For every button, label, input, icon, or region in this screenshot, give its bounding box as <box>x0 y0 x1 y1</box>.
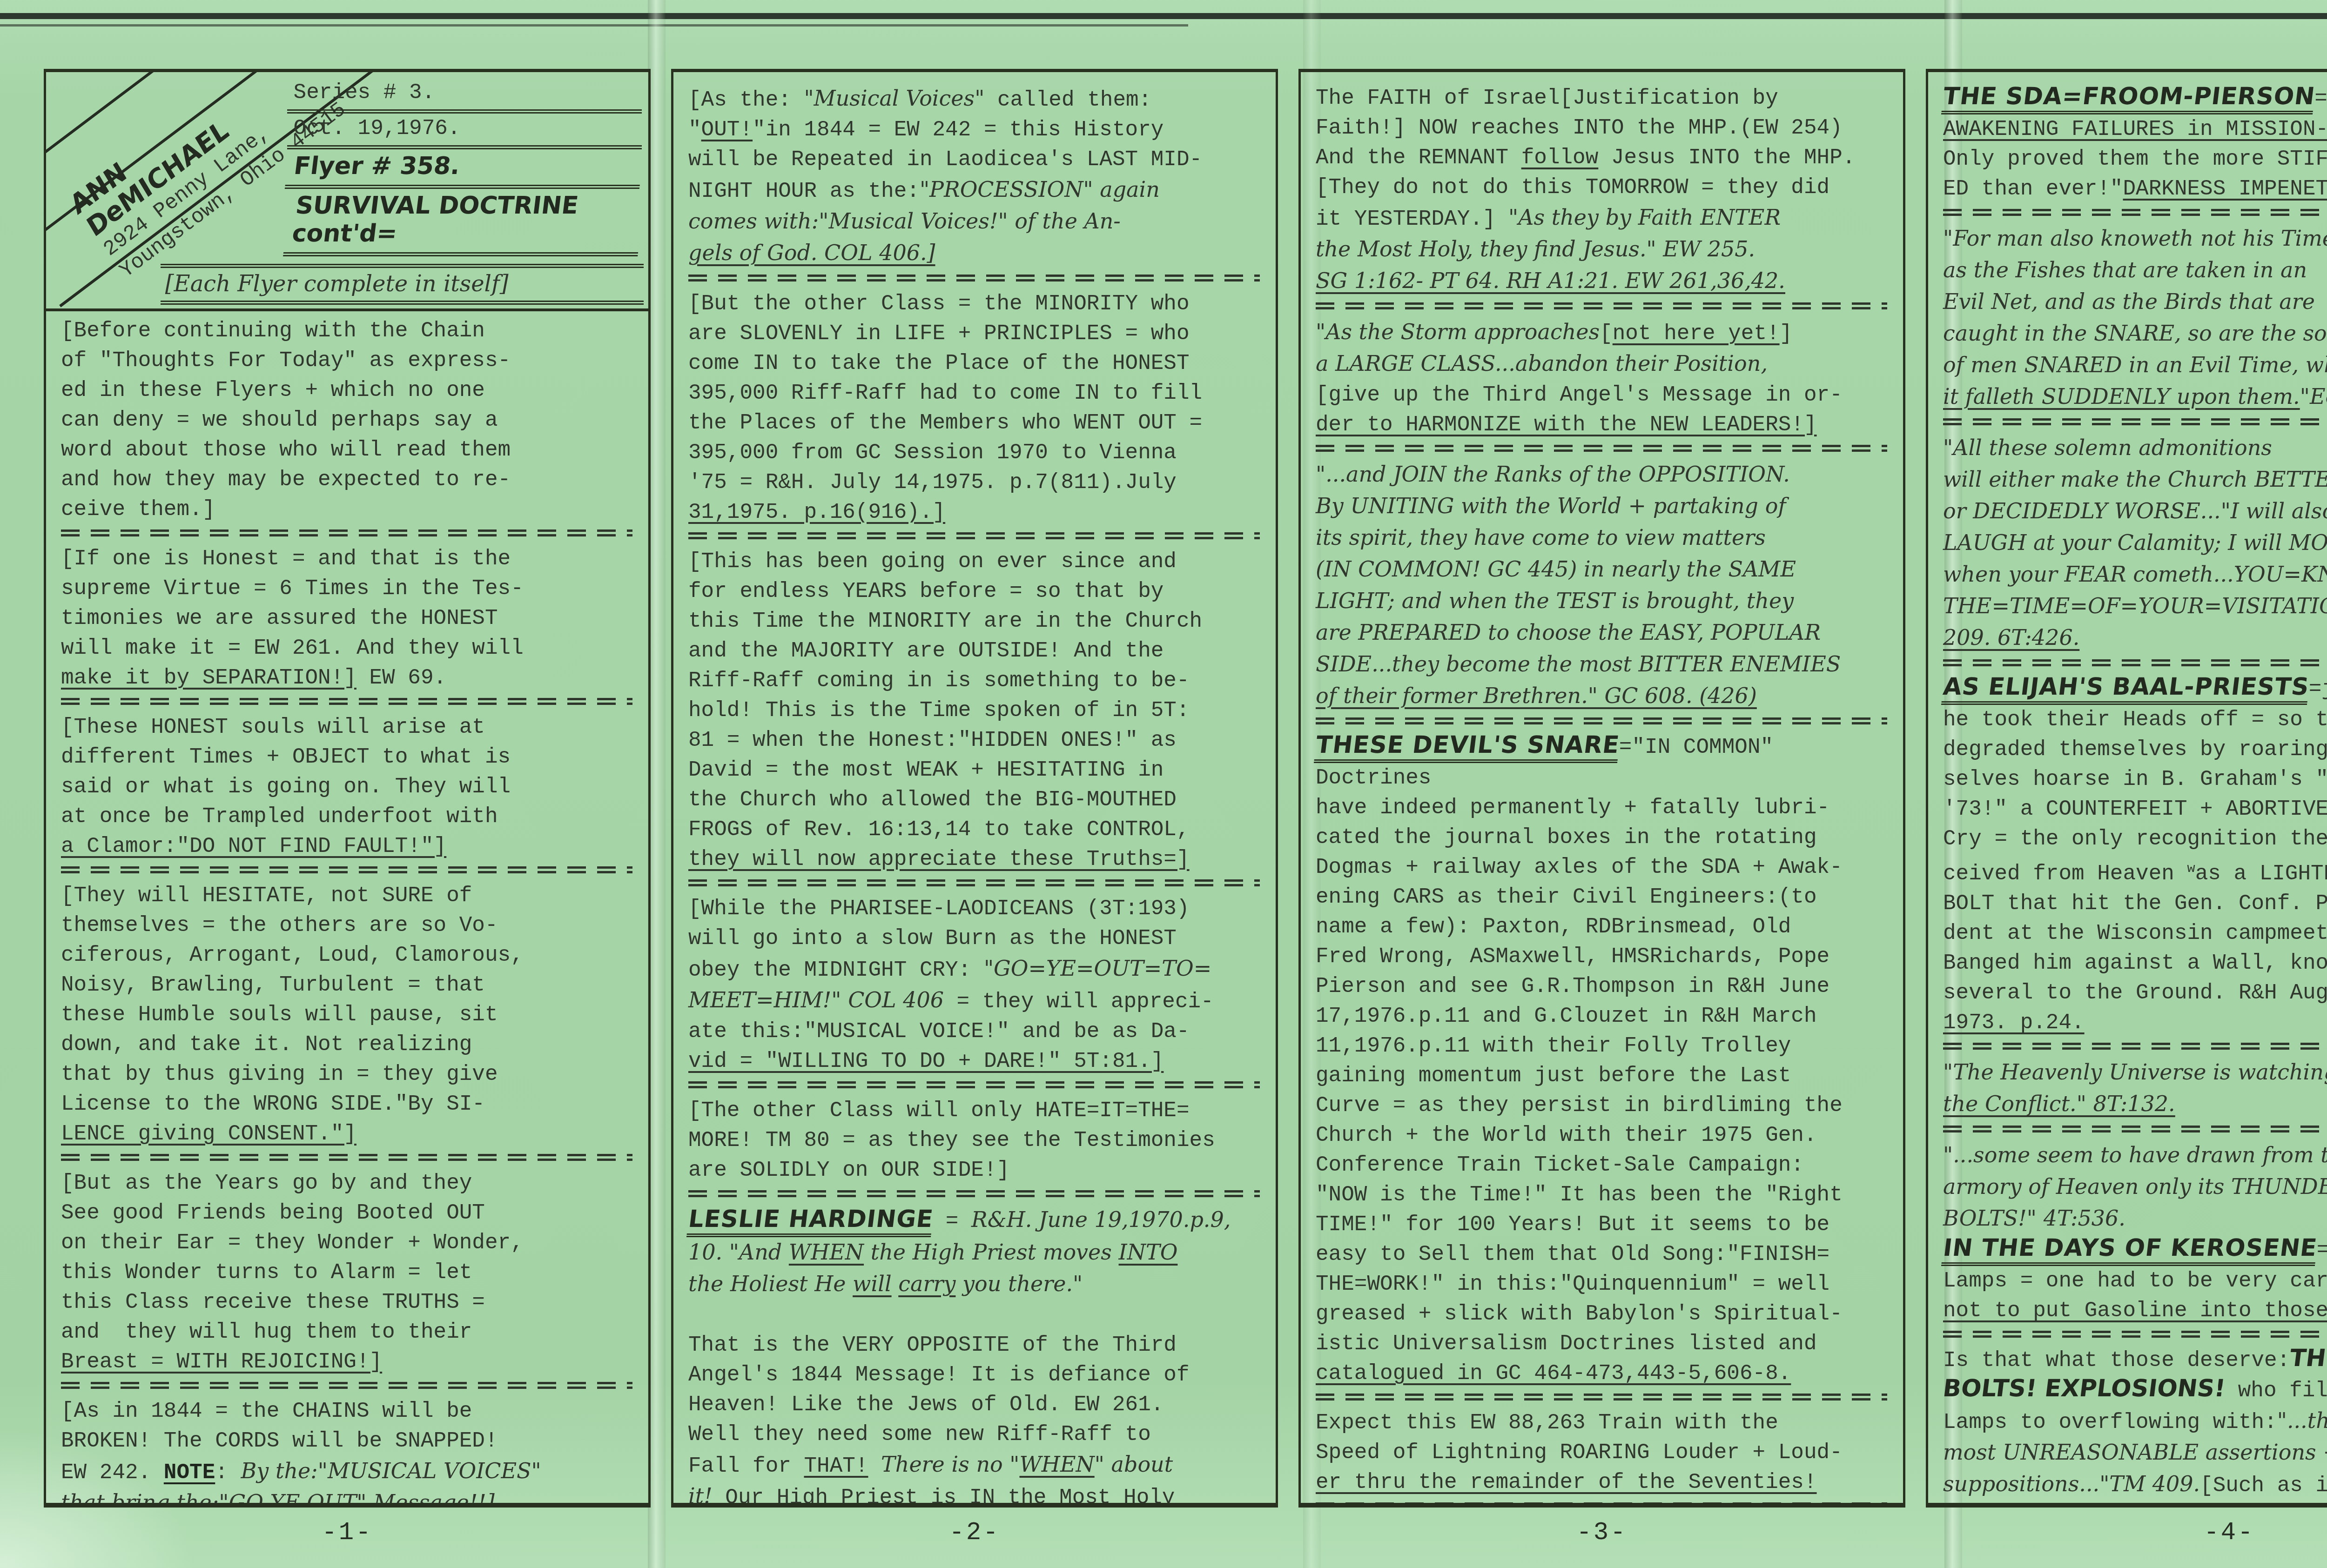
series-number: Series # 3. <box>287 78 642 114</box>
text-segment: er thru the remainder of the Seventies! <box>1316 1470 1817 1494</box>
text-segment: follow <box>1521 146 1599 170</box>
section-separator <box>1943 1124 2327 1134</box>
section-separator <box>688 1189 1263 1199</box>
paragraph: [They will HESITATE, not SURE of themsel… <box>61 881 635 1149</box>
text-segment: [But as the Years go by and they See goo… <box>61 1171 524 1344</box>
section-heading: IN THE DAYS OF KEROSENE <box>1941 1235 2319 1266</box>
paragraph: "...and JOIN the Ranks of the OPPOSITION… <box>1316 459 1890 712</box>
page-4-body: THE SDA=FROOM-PIERSON=+ BRINSMEAD= AWAKE… <box>1943 83 2327 1508</box>
text-segment: Our High Priest is <box>713 1486 969 1508</box>
text-segment: "Ecc. 9:12. <box>2300 384 2327 409</box>
page-number: -4- <box>2204 1519 2254 1547</box>
paragraph: [As in 1844 = the CHAINS will be BROKEN!… <box>61 1396 635 1508</box>
page-1-box: ANN DeMICHAEL 2924 Penny Lane, Youngstow… <box>44 69 651 1508</box>
section-separator <box>1943 1329 2327 1340</box>
scan-edge-line <box>0 13 2327 19</box>
text-segment: Expect this EW 88,263 Train with the Spe… <box>1316 1411 1843 1465</box>
paragraph-gap <box>688 1300 1263 1330</box>
paragraph: [The other Class will only HATE=IT=THE= … <box>688 1096 1263 1185</box>
section-separator <box>688 878 1263 888</box>
text-segment: " Message!!] <box>356 1490 494 1508</box>
issue-date: Oct. 19,1976. <box>287 114 642 149</box>
section-separator <box>1316 301 1890 311</box>
text-segment: you there." <box>955 1271 1083 1296</box>
text-segment: Breast = WITH REJOICING!] <box>61 1350 382 1374</box>
paragraph: "The Heavenly Universe is watching the C… <box>1943 1057 2327 1120</box>
page-number: -3- <box>1576 1519 1627 1547</box>
text-segment: the Holiest He <box>688 1271 853 1296</box>
text-segment: vid = "WILLING TO DO + DARE!" 5T:81.] <box>688 1049 1163 1073</box>
paragraph: That is the VERY OPPOSITE of the Third A… <box>688 1330 1263 1508</box>
paragraph: [Before continuing with the Chain of "Th… <box>61 316 635 524</box>
page-number: -1- <box>322 1519 372 1547</box>
column-page-4: THE SDA=FROOM-PIERSON=+ BRINSMEAD= AWAKE… <box>1926 69 2327 1547</box>
section-separator <box>1316 1392 1890 1402</box>
text-segment: : <box>215 1461 241 1485</box>
text-segment: "...and JOIN the Ranks of the OPPOSITION… <box>1316 462 1841 677</box>
text-segment <box>868 1454 881 1478</box>
masthead: ANN DeMICHAEL 2924 Penny Lane, Youngstow… <box>46 72 648 311</box>
section-separator <box>1943 208 2327 218</box>
section-separator <box>61 528 635 538</box>
text-segment: AWAKENING FAILURES in MISSION-KEY'73 <box>1943 117 2327 141</box>
text-segment: "The Heavenly Universe is watching <box>1943 1059 2327 1085</box>
text-segment: =just before he took their Heads off = s… <box>1943 677 2327 886</box>
paragraph: Expect this EW 88,263 Train with the Spe… <box>1316 1408 1890 1497</box>
paragraph: "As the Storm approaches[not here yet!] … <box>1316 317 1890 440</box>
text-segment: = <box>933 1209 971 1233</box>
paragraph: IN THE DAYS OF KEROSENE=[Coal-Oil] Lamps… <box>1943 1235 2327 1326</box>
text-segment: not to put Gasoline into those Lamps <box>1943 1299 2327 1323</box>
text-segment: "As the Storm approaches <box>1316 319 1600 344</box>
text-segment: make it by SEPARATION!] <box>61 666 356 690</box>
text-segment: 209. 6T:426. <box>1943 625 2079 650</box>
paragraph: [While the PHARISEE-LAODICEANS (3T:193) … <box>688 894 1263 1076</box>
text-segment: will <box>853 1271 892 1296</box>
section-separator <box>688 273 1263 283</box>
text-segment: 1973. p.24. <box>1943 1011 2085 1035</box>
section-heading: LESLIE HARDINGE <box>686 1206 935 1237</box>
column-page-1: ANN DeMICHAEL 2924 Penny Lane, Youngstow… <box>44 69 651 1547</box>
text-segment: [give up the Third Angel's Message in or… <box>1316 383 1843 407</box>
section-separator <box>1316 1501 1890 1508</box>
page-4-box: THE SDA=FROOM-PIERSON=+ BRINSMEAD= AWAKE… <box>1926 69 2327 1508</box>
text-segment: carry <box>898 1271 955 1296</box>
text-segment: There is no " <box>881 1452 1019 1477</box>
text-segment: EW 69. <box>356 666 446 690</box>
section-separator <box>61 697 635 707</box>
section-separator <box>61 865 635 875</box>
text-segment: INTO <box>1119 1240 1178 1265</box>
text-segment: 31,1975. p.16(916).] <box>688 500 945 524</box>
section-separator <box>1316 443 1890 454</box>
paragraph: [If one is Honest = and that is the supr… <box>61 544 635 693</box>
text-segment: it falleth SUDDENLY upon them. <box>1943 384 2300 409</box>
section-separator <box>1943 1041 2327 1052</box>
text-segment: ] <box>1780 322 1793 346</box>
paragraph: "For man also knoweth not his Time: as t… <box>1943 223 2327 413</box>
column-page-3: The FAITH of Israel[Justification by Fai… <box>1298 69 1905 1547</box>
text-segment: the Conflict." 8T:132. <box>1943 1091 2175 1116</box>
section-separator <box>61 1153 635 1163</box>
text-segment: they will now appreciate these Truths=] <box>688 847 1190 871</box>
text-segment: WHEN <box>1020 1452 1095 1477</box>
text-segment: [As the: <box>688 88 804 112</box>
page-1-body: ANN DeMICHAEL 2924 Penny Lane, Youngstow… <box>61 72 635 1508</box>
text-segment: [The other Class will only HATE=IT=THE= … <box>688 1099 1215 1182</box>
section-separator <box>1943 658 2327 668</box>
flyer-title: SURVIVAL DOCTRINE cont'd= <box>283 189 646 256</box>
paragraph: [This has been going on ever since and f… <box>688 547 1263 874</box>
text-segment: [These HONEST souls will arise at differ… <box>61 715 511 829</box>
paragraph: THE SDA=FROOM-PIERSON=+ BRINSMEAD= AWAKE… <box>1943 83 2327 204</box>
flyer-subtitle: [Each Flyer complete in itself] <box>161 264 644 305</box>
page-number: -2- <box>949 1519 1000 1547</box>
scan-edge-line-secondary <box>0 24 1188 27</box>
text-segment: der to HARMONIZE with the NEW LEADERS!] <box>1316 413 1817 437</box>
text-segment: DARKNESS IMPENETRABLE! <box>2123 177 2327 201</box>
masthead-info: Series # 3. Oct. 19,1976. Flyer # 358. S… <box>287 78 642 256</box>
page-3-body: The FAITH of Israel[Justification by Fai… <box>1316 83 1890 1508</box>
text-segment: NOTE <box>164 1461 215 1485</box>
paragraph: "All these solemn admonitions will eithe… <box>1943 433 2327 654</box>
section-separator <box>61 1380 635 1391</box>
section-heading: BOLTS! EXPLOSIONS! <box>1941 1375 2226 1402</box>
text-segment: "Musical Voices" <box>804 86 984 111</box>
section-separator <box>688 531 1263 541</box>
text-segment: "For man also knoweth not his Time: as t… <box>1943 226 2327 377</box>
text-segment: [ <box>1600 322 1613 346</box>
text-segment: gels of God. COL 406.] <box>688 240 935 265</box>
page-2-box: [As the: "Musical Voices" called them: "… <box>671 69 1278 1508</box>
section-heading: THUNDER- <box>2288 1345 2327 1372</box>
text-segment: IN <box>969 1486 995 1508</box>
scanned-flyer-page: { "colors": {"paper": "#a6d6a8", "ink": … <box>0 0 2327 1568</box>
text-segment: catalogued in GC 464-473,443-5,606-8. <box>1316 1361 1791 1386</box>
page-2-body: [As the: "Musical Voices" called them: "… <box>688 83 1263 1508</box>
text-segment: of their former Brethren." GC 608. (426) <box>1316 683 1757 708</box>
page-3-box: The FAITH of Israel[Justification by Fai… <box>1298 69 1905 1508</box>
text-segment: a LARGE CLASS...abandon their Position, <box>1316 351 1768 376</box>
text-segment: Is that what those deserve: <box>1943 1348 2290 1373</box>
text-segment: [This has been going on ever since and f… <box>688 549 1202 842</box>
text-segment: [Before continuing with the Chain of "Th… <box>61 319 511 522</box>
text-segment: ="IN COMMON" Doctrines have indeed perma… <box>1316 735 1843 1356</box>
text-segment: the High Priest moves <box>864 1240 1118 1265</box>
paragraph: The FAITH of Israel[Justification by Fai… <box>1316 83 1890 297</box>
section-separator <box>688 1080 1263 1090</box>
text-segment: LENCE giving CONSENT."] <box>61 1122 356 1146</box>
text-segment: WHEN <box>789 1240 864 1265</box>
newsletter-sheet: ANN DeMICHAEL 2924 Penny Lane, Youngstow… <box>44 69 2327 1547</box>
text-segment <box>892 1271 899 1296</box>
text-segment: OUT! <box>701 118 753 142</box>
text-segment: not here yet! <box>1613 322 1780 346</box>
section-heading: THESE DEVIL'S SNARE <box>1314 732 1621 763</box>
paragraph: Is that what those deserve:THUNDER- BOLT… <box>1943 1345 2327 1508</box>
paragraph: [These HONEST souls will arise at differ… <box>61 712 635 861</box>
text-segment: SG 1:162- PT 64. RH A1:21. EW 261,36,42. <box>1316 268 1785 293</box>
text-segment: w <box>2187 861 2195 876</box>
text-segment: [If one is Honest = and that is the supr… <box>61 547 524 660</box>
text-segment: [They will HESITATE, not SURE of themsel… <box>61 884 524 1116</box>
paragraph: "...some seem to have drawn from the arm… <box>1943 1140 2327 1235</box>
paragraph: THESE DEVIL'S SNARE="IN COMMON" Doctrine… <box>1316 732 1890 1388</box>
text-segment: THAT! <box>804 1454 868 1478</box>
section-separator <box>1316 716 1890 726</box>
paragraph: [But as the Years go by and they See goo… <box>61 1168 635 1377</box>
text-segment: =+ BRINSMEAD= <box>2314 87 2327 111</box>
paragraph: AS ELIJAH'S BAAL-PRIESTS=just before he … <box>1943 674 2327 1038</box>
section-heading: THE SDA=FROOM-PIERSON <box>1941 83 2317 114</box>
column-page-2: [As the: "Musical Voices" called them: "… <box>671 69 1278 1547</box>
paragraph: LESLIE HARDINGE = R&H. June 19,1970.p.9,… <box>688 1205 1263 1300</box>
text-segment: GO YE OUT <box>229 1490 356 1508</box>
paragraph: [But the other Class = the MINORITY who … <box>688 289 1263 527</box>
text-segment: "All these solemn admonitions will eithe… <box>1943 435 2327 618</box>
paragraph: [As the: "Musical Voices" called them: "… <box>688 83 1263 269</box>
text-segment: a Clamor:"DO NOT FIND FAULT!"] <box>61 834 446 858</box>
text-segment: "...some seem to have drawn from the arm… <box>1943 1142 2327 1231</box>
section-separator <box>1943 417 2327 427</box>
text-segment: [But the other Class = the MINORITY who … <box>688 292 1202 495</box>
flyer-number: Flyer # 358. <box>284 149 644 189</box>
section-heading: AS ELIJAH'S BAAL-PRIESTS <box>1941 674 2311 705</box>
